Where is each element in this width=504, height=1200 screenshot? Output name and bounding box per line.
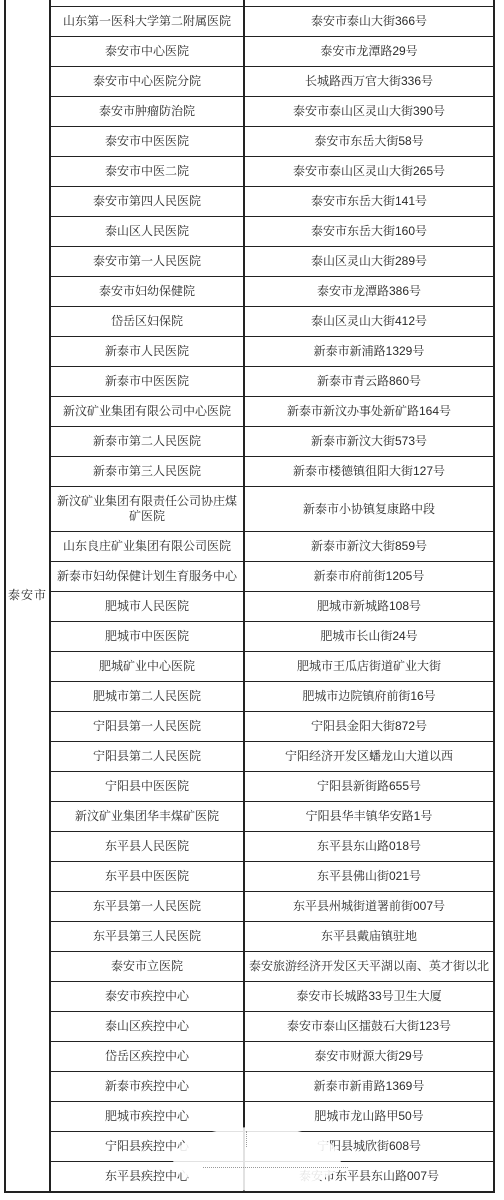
hospital-name: 新泰市疾控中心 <box>51 1072 245 1101</box>
hospital-name: 泰安市第四人民医院 <box>51 187 245 216</box>
table-row: 泰安市中医二院 泰安市泰山区灵山大街265号 <box>51 157 493 187</box>
hospital-address: 新泰市楼德镇徂阳大街127号 <box>245 457 493 486</box>
table-row: 泰山区疾控中心 泰安市泰山区擂鼓石大街123号 <box>51 1012 493 1042</box>
table-row: 泰安市第四人民医院 泰安市东岳大街141号 <box>51 187 493 217</box>
hospital-name: 岱岳区妇保院 <box>51 307 245 336</box>
region-label: 泰安市 <box>8 588 47 603</box>
hospital-name: 泰安市中医医院 <box>51 127 245 156</box>
hospital-name: 宁阳县第二人民医院 <box>51 742 245 771</box>
table-row: 山东良庄矿业集团有限公司医院 新泰市新汶大街859号 <box>51 532 493 562</box>
hospital-name: 肥城市人民医院 <box>51 592 245 621</box>
table-row: 东平县疾控中心 泰安市东平县东山路007号 <box>51 1162 493 1192</box>
table-row: 岱岳区妇保院 泰山区灵山大街412号 <box>51 307 493 337</box>
hospital-name: 新泰市中医医院 <box>51 367 245 396</box>
hospital-name: 新泰市人民医院 <box>51 337 245 366</box>
hospital-address: 肥城市龙山路甲50号 <box>245 1102 493 1131</box>
table-row: 泰安市疾控中心 泰安市长城路33号卫生大厦 <box>51 982 493 1012</box>
table-row: 泰安市中心医院分院 长城路西万官大街336号 <box>51 67 493 97</box>
hospital-name: 肥城市第二人民医院 <box>51 682 245 711</box>
hospital-address: 新泰市府前街1205号 <box>245 562 493 591</box>
table-row: 宁阳县疾控中心 宁阳县城欣街608号 <box>51 1132 493 1162</box>
hospital-address: 泰安市龙潭路29号 <box>245 37 493 66</box>
table-row: 泰安市中心医院 泰安市龙潭路29号 <box>51 37 493 67</box>
hospital-address: 宁阳县新街路655号 <box>245 772 493 801</box>
hospital-address: 东平县州城街道署前街007号 <box>245 892 493 921</box>
hospital-address: 宁阳县城欣街608号 <box>245 1132 493 1161</box>
hospital-name: 东平县第一人民医院 <box>51 892 245 921</box>
hospital-name: 肥城矿业中心医院 <box>51 652 245 681</box>
hospital-name: 新汶矿业集团华丰煤矿医院 <box>51 802 245 831</box>
hospital-name-cell <box>51 0 245 6</box>
hospital-name: 泰安市肿瘤防治院 <box>51 97 245 126</box>
hospital-address: 泰安市东岳大街160号 <box>245 217 493 246</box>
hospital-address: 宁阳县华丰镇华安路1号 <box>245 802 493 831</box>
table-row: 肥城市疾控中心 肥城市龙山路甲50号 <box>51 1102 493 1132</box>
hospital-address: 新泰市新汶大街573号 <box>245 427 493 456</box>
table-row: 肥城市中医医院 肥城市长山街24号 <box>51 622 493 652</box>
hospital-name: 泰安市妇幼保健院 <box>51 277 245 306</box>
table-row-cutoff <box>51 0 493 7</box>
hospital-name: 泰安市中心医院分院 <box>51 67 245 96</box>
hospital-address: 泰安市泰山区灵山大街390号 <box>245 97 493 126</box>
hospital-address: 新泰市新汶办事处新矿路164号 <box>245 397 493 426</box>
hospital-address: 东平县东山路018号 <box>245 832 493 861</box>
table-row: 肥城市人民医院 肥城市新城路108号 <box>51 592 493 622</box>
table-row: 泰山区人民医院 泰安市东岳大街160号 <box>51 217 493 247</box>
hospital-name: 东平县中医医院 <box>51 862 245 891</box>
hospital-name: 东平县人民医院 <box>51 832 245 861</box>
hospital-address: 宁阳县金阳大街872号 <box>245 712 493 741</box>
hospital-name: 泰山区疾控中心 <box>51 1012 245 1041</box>
table-row: 泰安市妇幼保健院 泰安市龙潭路386号 <box>51 277 493 307</box>
hospital-address: 长城路西万官大街336号 <box>245 67 493 96</box>
table-row: 新泰市疾控中心 新泰市新甫路1369号 <box>51 1072 493 1102</box>
table-row: 泰安市第一人民医院 泰山区灵山大街289号 <box>51 247 493 277</box>
hospital-address: 泰山区灵山大街412号 <box>245 307 493 336</box>
hospital-name: 岱岳区疾控中心 <box>51 1042 245 1071</box>
table-row: 新泰市妇幼保健计划生育服务中心 新泰市府前街1205号 <box>51 562 493 592</box>
hospital-name: 泰安市中心医院 <box>51 37 245 66</box>
table-row: 山东第一医科大学第二附属医院 泰安市泰山大街366号 <box>51 7 493 37</box>
table-row: 宁阳县中医医院 宁阳县新街路655号 <box>51 772 493 802</box>
table-row: 泰安市中医医院 泰安市东岳大街58号 <box>51 127 493 157</box>
hospital-address: 新泰市小协镇复康路中段 <box>245 487 493 531</box>
hospital-address: 新泰市新汶大街859号 <box>245 532 493 561</box>
hospital-address: 泰安市财源大街29号 <box>245 1042 493 1071</box>
hospital-address: 肥城市边院镇府前街16号 <box>245 682 493 711</box>
hospital-address: 泰安市泰山区灵山大街265号 <box>245 157 493 186</box>
hospital-name: 新泰市第三人民医院 <box>51 457 245 486</box>
hospital-name: 新泰市妇幼保健计划生育服务中心 <box>51 562 245 591</box>
hospital-address: 新泰市青云路860号 <box>245 367 493 396</box>
table-row: 宁阳县第一人民医院 宁阳县金阳大街872号 <box>51 712 493 742</box>
hospital-address: 泰安市泰山大街366号 <box>245 7 493 36</box>
hospital-address-cell <box>245 0 493 6</box>
hospital-name: 新泰市第二人民医院 <box>51 427 245 456</box>
table-row: 泰安市肿瘤防治院 泰安市泰山区灵山大街390号 <box>51 97 493 127</box>
hospital-address: 东平县佛山街021号 <box>245 862 493 891</box>
table-row: 肥城市第二人民医院 肥城市边院镇府前街16号 <box>51 682 493 712</box>
hospital-address: 泰安市东岳大街58号 <box>245 127 493 156</box>
table-row: 泰安市立医院 泰安旅游经济开发区天平湖以南、英才街以北 <box>51 952 493 982</box>
hospital-name: 宁阳县中医医院 <box>51 772 245 801</box>
hospital-name: 新汶矿业集团有限公司中心医院 <box>51 397 245 426</box>
hospital-name: 肥城市疾控中心 <box>51 1102 245 1131</box>
hospital-address: 泰安旅游经济开发区天平湖以南、英才街以北 <box>245 952 493 981</box>
hospital-address: 宁阳经济开发区蟠龙山大道以西 <box>245 742 493 771</box>
hospital-name: 肥城市中医医院 <box>51 622 245 651</box>
table-row: 东平县第三人民医院 东平县戴庙镇驻地 <box>51 922 493 952</box>
table-row: 岱岳区疾控中心 泰安市财源大街29号 <box>51 1042 493 1072</box>
table-row: 新泰市中医医院 新泰市青云路860号 <box>51 367 493 397</box>
hospital-address: 东平县戴庙镇驻地 <box>245 922 493 951</box>
hospital-address: 泰安市龙潭路386号 <box>245 277 493 306</box>
hospital-address: 泰安市东平县东山路007号 <box>245 1162 493 1191</box>
table-rows: 山东第一医科大学第二附属医院 泰安市泰山大街366号 泰安市中心医院 泰安市龙潭… <box>51 0 493 1191</box>
hospital-address: 新泰市新甫路1369号 <box>245 1072 493 1101</box>
table-row: 新汶矿业集团华丰煤矿医院 宁阳县华丰镇华安路1号 <box>51 802 493 832</box>
hospital-name: 泰安市疾控中心 <box>51 982 245 1011</box>
hospital-address: 新泰市新浦路1329号 <box>245 337 493 366</box>
table-row: 新泰市第二人民医院 新泰市新汶大街573号 <box>51 427 493 457</box>
hospital-table: 泰安市 山东第一医科大学第二附属医院 泰安市泰山大街366号 泰安市中心医院 泰… <box>4 0 495 1193</box>
hospital-address: 泰安市东岳大街141号 <box>245 187 493 216</box>
table-row: 新泰市人民医院 新泰市新浦路1329号 <box>51 337 493 367</box>
table-row: 东平县第一人民医院 东平县州城街道署前街007号 <box>51 892 493 922</box>
hospital-name: 宁阳县第一人民医院 <box>51 712 245 741</box>
hospital-name: 山东良庄矿业集团有限公司医院 <box>51 532 245 561</box>
hospital-address: 泰安市长城路33号卫生大厦 <box>245 982 493 1011</box>
hospital-name: 泰安市中医二院 <box>51 157 245 186</box>
hospital-address: 肥城市王瓜店街道矿业大街 <box>245 652 493 681</box>
hospital-address: 泰山区灵山大街289号 <box>245 247 493 276</box>
hospital-address: 肥城市新城路108号 <box>245 592 493 621</box>
hospital-name: 东平县疾控中心 <box>51 1162 245 1191</box>
table-row: 东平县人民医院 东平县东山路018号 <box>51 832 493 862</box>
hospital-name: 泰山区人民医院 <box>51 217 245 246</box>
hospital-name: 新汶矿业集团有限责任公司协庄煤矿医院 <box>51 487 245 531</box>
hospital-name: 泰安市第一人民医院 <box>51 247 245 276</box>
hospital-name: 泰安市立医院 <box>51 952 245 981</box>
table-row: 肥城矿业中心医院 肥城市王瓜店街道矿业大街 <box>51 652 493 682</box>
table-row: 东平县中医医院 东平县佛山街021号 <box>51 862 493 892</box>
hospital-address: 肥城市长山街24号 <box>245 622 493 651</box>
region-label-cell: 泰安市 <box>6 0 51 1191</box>
table-row: 宁阳县第二人民医院 宁阳经济开发区蟠龙山大道以西 <box>51 742 493 772</box>
page: 泰安市 山东第一医科大学第二附属医院 泰安市泰山大街366号 泰安市中心医院 泰… <box>0 0 504 1200</box>
hospital-name: 山东第一医科大学第二附属医院 <box>51 7 245 36</box>
hospital-name: 宁阳县疾控中心 <box>51 1132 245 1161</box>
hospital-address: 泰安市泰山区擂鼓石大街123号 <box>245 1012 493 1041</box>
table-row: 新泰市第三人民医院 新泰市楼德镇徂阳大街127号 <box>51 457 493 487</box>
table-row: 新汶矿业集团有限责任公司协庄煤矿医院 新泰市小协镇复康路中段 <box>51 487 493 532</box>
table-row: 新汶矿业集团有限公司中心医院 新泰市新汶办事处新矿路164号 <box>51 397 493 427</box>
hospital-name: 东平县第三人民医院 <box>51 922 245 951</box>
